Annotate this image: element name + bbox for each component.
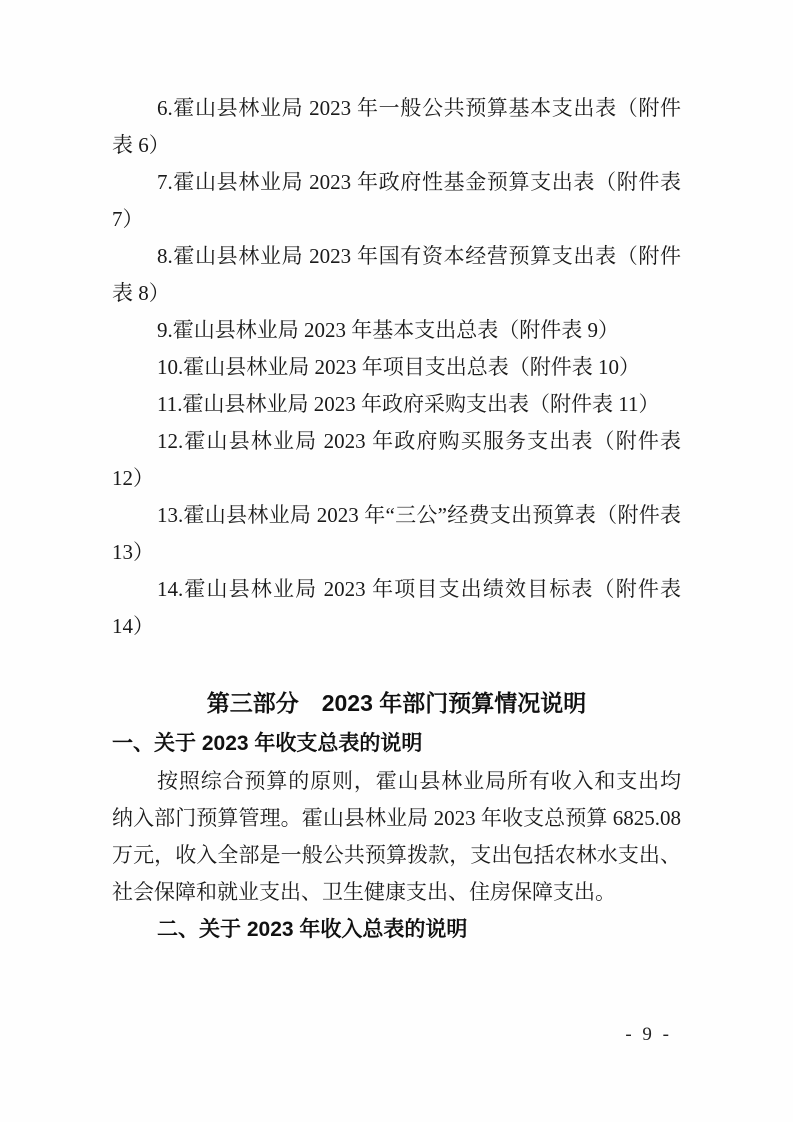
budget-overview-paragraph: 按照综合预算的原则，霍山县林业局所有收入和支出均纳入部门预算管理。霍山县林业局 … [112,763,681,911]
attachment-list-item-10: 10.霍山县林业局 2023 年项目支出总表（附件表 10） [112,349,681,386]
document-page: 6.霍山县林业局 2023 年一般公共预算基本支出表（附件表 6） 7.霍山县林… [0,0,793,1122]
attachment-list-item-12: 12.霍山县林业局 2023 年政府购买服务支出表（附件表 12） [112,423,681,497]
attachment-list-item-6: 6.霍山县林业局 2023 年一般公共预算基本支出表（附件表 6） [112,90,681,164]
page-number: - 9 - [625,1022,672,1048]
subsection-2-heading: 二、关于 2023 年收入总表的说明 [112,911,681,949]
attachment-list-item-14: 14.霍山县林业局 2023 年项目支出绩效目标表（附件表 14） [112,571,681,645]
subsection-1-heading: 一、关于 2023 年收支总表的说明 [112,725,681,763]
attachment-list-item-9: 9.霍山县林业局 2023 年基本支出总表（附件表 9） [112,312,681,349]
section-title: 第三部分 2023 年部门预算情况说明 [112,681,681,725]
attachment-list-item-7: 7.霍山县林业局 2023 年政府性基金预算支出表（附件表 7） [112,164,681,238]
attachment-list-item-8: 8.霍山县林业局 2023 年国有资本经营预算支出表（附件表 8） [112,238,681,312]
attachment-list-item-13: 13.霍山县林业局 2023 年“三公”经费支出预算表（附件表 13） [112,497,681,571]
page-content: 6.霍山县林业局 2023 年一般公共预算基本支出表（附件表 6） 7.霍山县林… [112,90,681,949]
attachment-list-item-11: 11.霍山县林业局 2023 年政府采购支出表（附件表 11） [112,386,681,423]
